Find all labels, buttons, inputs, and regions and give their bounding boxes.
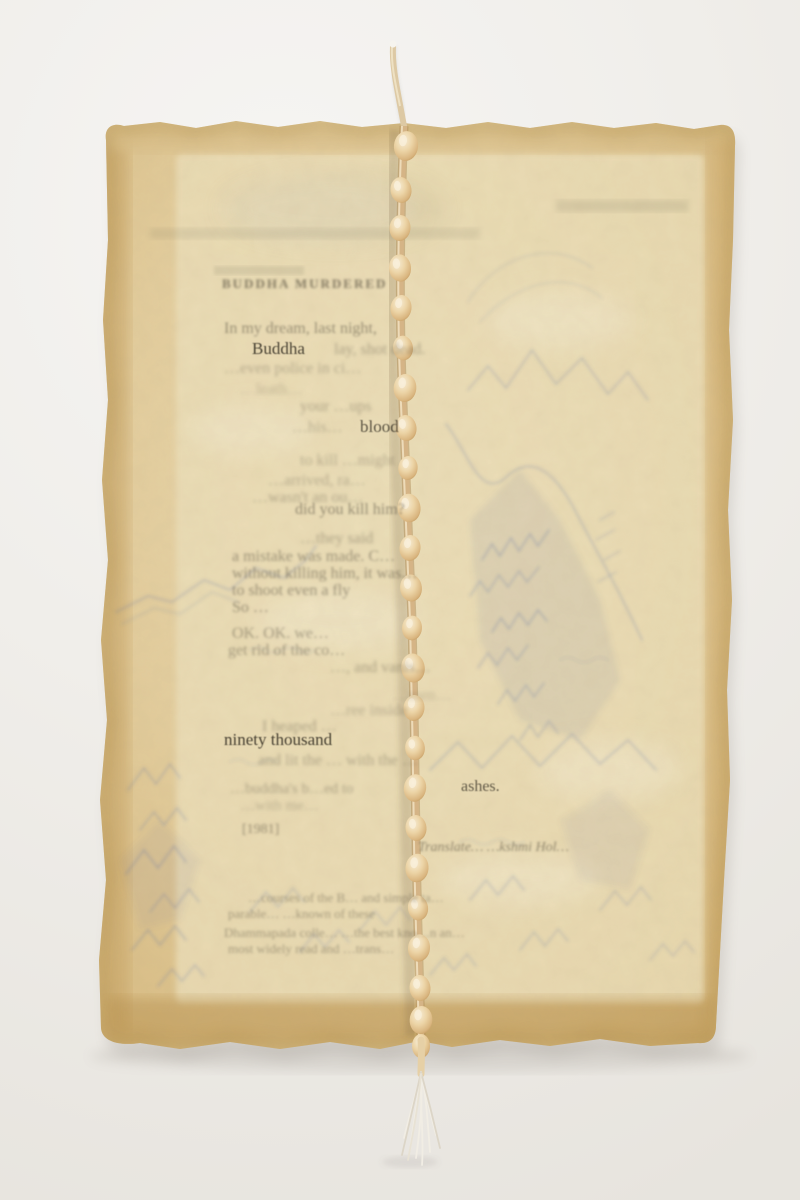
string-white-tip	[389, 40, 396, 47]
tassel-strands	[402, 1072, 440, 1165]
artwork-graphics	[0, 0, 800, 1200]
top-string	[393, 46, 404, 126]
tassel-shadow	[382, 1156, 438, 1168]
artwork-photo: BUDDHA MURDERED In my dream, last night,…	[0, 0, 800, 1200]
